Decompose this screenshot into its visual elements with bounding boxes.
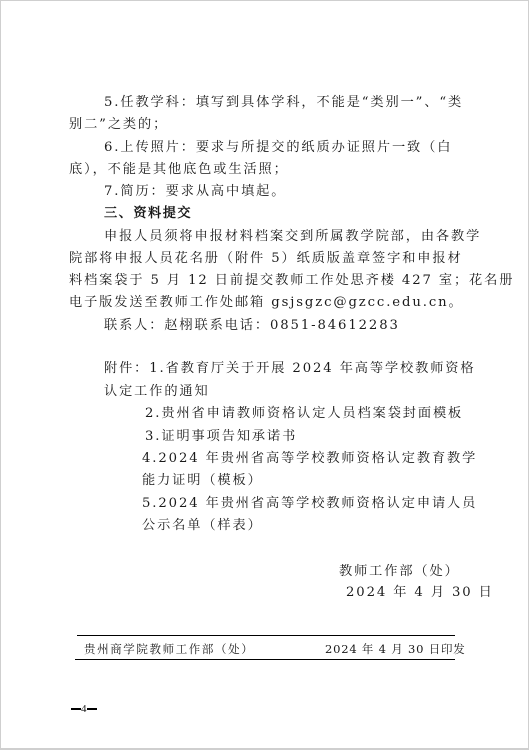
item7-line1: 7.简历：要求从高中填起。 bbox=[104, 184, 286, 200]
contact-line: 联系人：赵栩联系电话：0851-84612283 bbox=[104, 318, 400, 334]
submission-line3: 料档案袋于 5 月 12 日前提交教师工作处思齐楼 427 室；花名册 bbox=[69, 273, 514, 289]
submission-line1: 申报人员须将申报材料档案交到所属教学院部，由各教学 bbox=[104, 229, 481, 245]
signature-org: 教师工作部（处） bbox=[339, 564, 460, 580]
item5-line1: 5.任教学科：填写到具体学科，不能是“类别一”、“类 bbox=[104, 95, 463, 111]
submission-line4: 电子版发送至教师工作处邮箱 gsjsgzc@gzcc.edu.cn。 bbox=[69, 295, 464, 311]
footer-issue-date: 2024 年 4 月 30 日印发 bbox=[325, 642, 466, 656]
submission-line2: 院部将申报人员花名册（附件 5）纸质版盖章签字和申报材 bbox=[69, 251, 463, 267]
attachment-1-line2: 认定工作的通知 bbox=[104, 384, 210, 400]
attachment-5-line1: 5.2024 年贵州省高等学校教师资格认定申请人员 bbox=[142, 496, 477, 512]
item6-line2: 底），不能是其他底色或生活照； bbox=[69, 162, 289, 178]
page-number-dash-left bbox=[71, 708, 81, 710]
section-heading-3: 三、资料提交 bbox=[104, 206, 192, 222]
attachment-5-line2: 公示名单（样表） bbox=[142, 518, 263, 534]
signature-date: 2024 年 4 月 30 日 bbox=[346, 585, 494, 601]
footer-bottom-rule bbox=[75, 659, 455, 660]
attachment-3: 3.证明事项告知承诺书 bbox=[145, 429, 297, 445]
attachment-4-line1: 4.2024 年贵州省高等学校教师资格认定教育教学 bbox=[142, 451, 477, 467]
item5-line2: 别二”之类的； bbox=[69, 117, 168, 133]
page-number-dash-right bbox=[87, 708, 97, 710]
attachment-4-line2: 能力证明（模板） bbox=[142, 473, 263, 489]
footer-issuer: 贵州商学院教师工作部（处） bbox=[84, 642, 254, 656]
document-page: 5.任教学科：填写到具体学科，不能是“类别一”、“类 别二”之类的； 6.上传照… bbox=[0, 0, 529, 750]
attachment-1-line1: 附件：1.省教育厅关于开展 2024 年高等学校教师资格 bbox=[104, 361, 475, 377]
footer-top-rule bbox=[77, 635, 455, 636]
item6-line1: 6.上传照片：要求与所提交的纸质办证照片一致（白 bbox=[104, 140, 452, 156]
page-number: 4 bbox=[71, 703, 97, 715]
attachment-2: 2.贵州省申请教师资格认定人员档案袋封面模板 bbox=[145, 406, 463, 422]
